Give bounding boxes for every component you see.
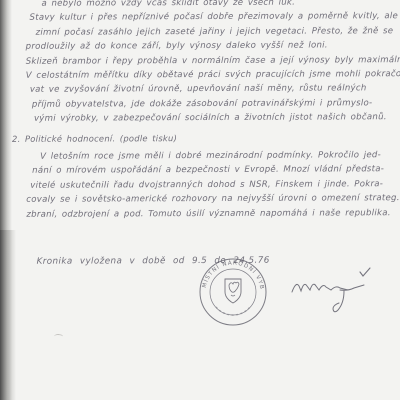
handwritten-text-block: a nebylo možno vždy včas sklidit otavy z… [25, 0, 388, 269]
handwritten-line: nání o mírovém uspořádání a bezpečnosti … [26, 163, 388, 179]
checkmark-icon [360, 268, 370, 276]
handwritten-line: Sklizeň brambor i řepy proběhla v normál… [26, 53, 388, 69]
paper-speck [54, 333, 64, 339]
signature-descender [333, 291, 344, 312]
handwritten-line: V celostátním měřítku díky obětavé práci… [26, 67, 388, 83]
handwritten-line: vými výrobky, v zabezpečování sociálních… [26, 110, 388, 126]
scan-edge-shadow-bottom [0, 230, 16, 400]
handwritten-line: prodloužily až do konce září, byly výnos… [26, 38, 388, 54]
official-stamp: MÍSTNÍ NÁRODNÍ VÝBOR [196, 255, 270, 329]
handwritten-line: covaly se i sovětsko-americké rozhovory … [26, 191, 388, 207]
handwritten-line: vat ve zvyšování životní úrovně, upevňov… [26, 82, 388, 98]
signature-flick [340, 285, 364, 290]
handwritten-line: zimní počasí zasáhlo jejich zaseté jařin… [26, 24, 388, 40]
signature [288, 264, 380, 326]
handwritten-line: V letošním roce jsme měli i dobré meziná… [26, 148, 388, 164]
section-heading: 2. Politické hodnocení. (podle tisku) [12, 130, 388, 146]
stamp-emblem-lion-shield [225, 279, 241, 303]
handwritten-line: vitelé uskutečnili řadu dvojstranných do… [26, 177, 388, 193]
handwritten-line: Stavy kultur i přes nepříznivé počasí do… [25, 10, 387, 26]
stamp-bottom-text-marks [216, 307, 250, 315]
handwritten-line: příjmů obyvatelstva, jde dokáže zásobová… [26, 96, 388, 112]
signature-zigzag [292, 284, 348, 292]
handwritten-line: zbraní, odzbrojení a pod. Tomuto úsilí v… [26, 206, 388, 222]
scanned-page: { "document": { "lines": [ "a nebylo mož… [0, 0, 400, 400]
